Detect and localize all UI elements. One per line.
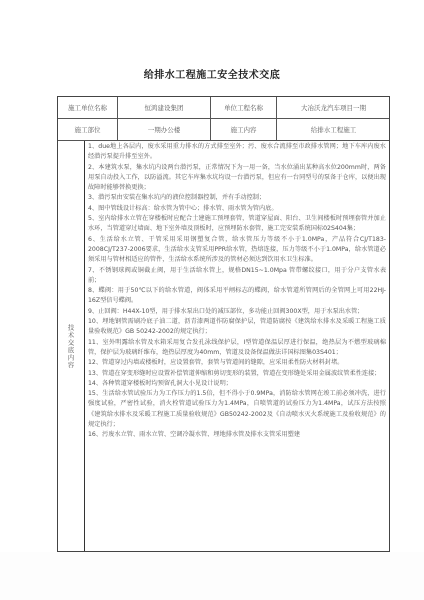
table-row: 施工单位名称 恒鸿建设集团 单位工程名称 大冶沃龙汽车项目一期	[58, 97, 389, 119]
disclosure-content: 1、due地上各层内，废水采用重力排水的方式排至室外；污、废水合流排至市政排水管…	[88, 142, 386, 551]
value-construction-part: 一期办公楼	[118, 119, 211, 140]
value-construction-content: 给排水工程施工	[277, 119, 390, 140]
value-construction-unit: 恒鸿建设集团	[118, 97, 211, 118]
list-item: 16、污废水立管、雨水立管、空调冷凝水管、埋地排水管及排水支管采用塑建	[88, 430, 386, 440]
list-item: 2、本建筑水泵，集水坑内设两台潜污泵，正常情况下为一用一备，当水位涌出某种高水位…	[88, 163, 386, 194]
list-item: 5、室内给排水立管在穿楼板时应配合土建施工预埋套管，管道穿屋面、阳台、卫生间楼板…	[88, 214, 386, 235]
list-item: 8、蝶阀：用于50℃以下的给水管道，阀体采用平闸标志的蝶阀，给水管道所管网后的全…	[88, 286, 386, 307]
value-project-name: 大冶沃龙汽车项目一期	[277, 97, 390, 118]
section-label: 技术交底内容	[67, 324, 76, 369]
list-item: 6、生活给水立管、干管采用采用钢塑复合管，给水管压力等级不小于1.0MPa，产品…	[88, 235, 386, 266]
table-row: 施工部位 一期办公楼 施工内容 给排水工程施工	[58, 119, 389, 141]
disclosure-section: 技术交底内容 1、due地上各层内，废水采用重力排水的方式排至室外；污、废水合流…	[58, 141, 389, 551]
label-construction-part: 施工部位	[58, 119, 118, 140]
section-label-cell: 技术交底内容	[58, 141, 85, 551]
list-item: 13、管道在穿变形缝时应设置补偿管道伸缩和剪切变形的装置，管道在变形缝处采用金属…	[88, 369, 386, 379]
list-item: 9、止回阀：H44X-10型，用于排水泵出口处的减压部位，多功能止回阀300X型…	[88, 307, 386, 317]
list-item: 7、不锈钢球阀或铜截止阀，用于生活给水管上，规格DN15~1.0Mpa 管带螺纹…	[88, 266, 386, 287]
label-construction-content: 施工内容	[211, 119, 277, 140]
document-page: 给排水工程施工安全技术交底 施工单位名称 恒鸿建设集团 单位工程名称 大冶沃龙汽…	[0, 0, 424, 552]
list-item: 12、管道穿过内墙或楼板时，应设置套管，套管与管道间的缝隙，应采用柔性防火材料封…	[88, 358, 386, 368]
list-item: 11、室外明露给水管及水箱采用复合发孔泳线保护层，I型管道保温层厚进行保温，绝热…	[88, 338, 386, 359]
list-item: 1、due地上各层内，废水采用重力排水的方式排至室外；污、废水合流排至市政排水管…	[88, 142, 386, 163]
list-item: 10、埋地钢管需刷冷底子油二道，沥青漆两道作防腐保护层，管道防腐按《建筑给水排水…	[88, 317, 386, 338]
list-item: 15、生活给水管试验压力为工作压力的1.5倍，但不得小于0.9MPa，消防给水管…	[88, 389, 386, 430]
list-item: 14、各种管道穿楼板时均预留孔洞大小见设计说明；	[88, 379, 386, 389]
label-construction-unit: 施工单位名称	[58, 97, 118, 118]
list-item: 3、潜污泵由安装在集水坑内的液位控制器控制，并有手动控制；	[88, 193, 386, 203]
list-item: 4、图中管线设计标高：给水管为管中心；排水管、雨水管为管内底。	[88, 204, 386, 214]
info-table: 施工单位名称 恒鸿建设集团 单位工程名称 大冶沃龙汽车项目一期 施工部位 一期办…	[57, 96, 390, 552]
label-project-name: 单位工程名称	[211, 97, 277, 118]
document-title: 给排水工程施工安全技术交底	[0, 66, 424, 81]
